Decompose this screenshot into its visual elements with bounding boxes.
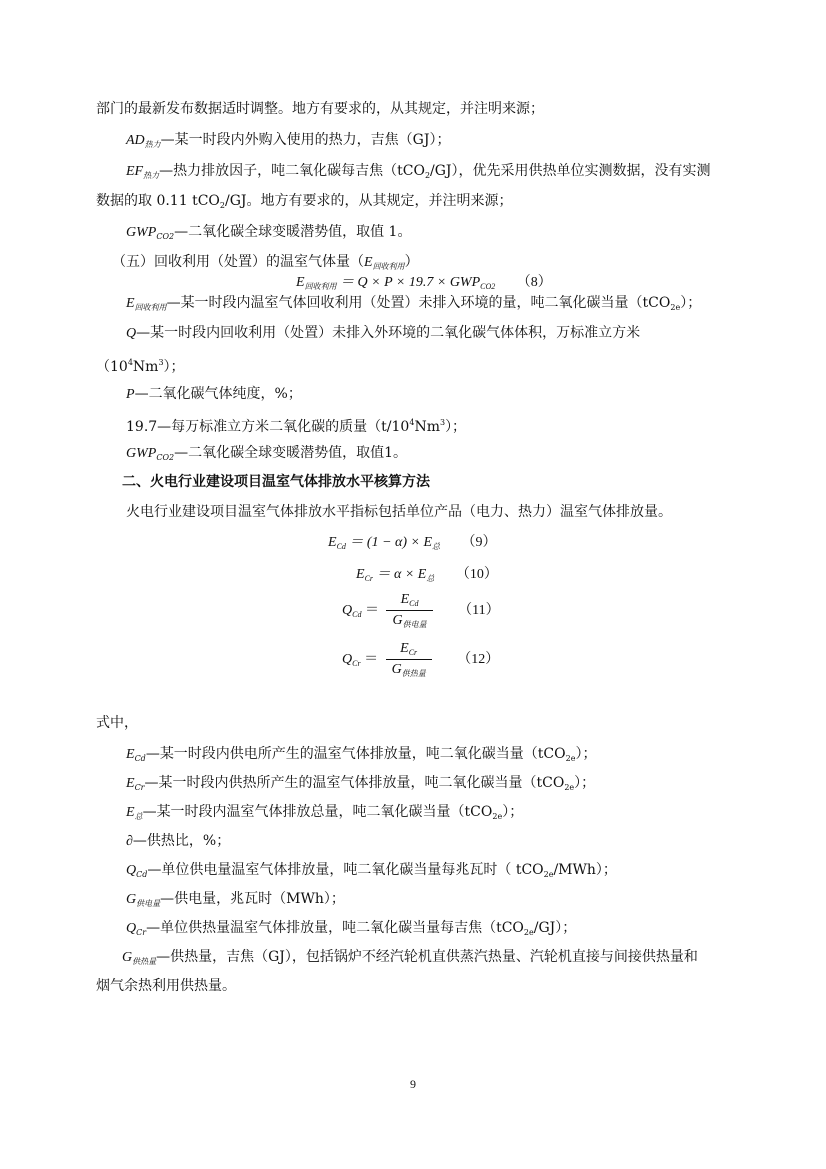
definition-ef-continued: 数据的取 0.11 tCO2/GJ。地方有要求的，从其规定，并注明来源； (96, 192, 513, 215)
definition-ef: EF热力—热力排放因子，吨二氧化碳每吉焦（tCO2/GJ），优先采用供热单位实测… (126, 162, 711, 185)
definition-mass: 19.7—每万标准立方米二氧化碳的质量（t/104Nm3）； (126, 414, 466, 436)
definition-q: Q—某一时段内回收利用（处置）未排入外环境的二氧化碳气体体积，万标准立方米 (126, 324, 640, 343)
definition-g-power: G供电量—供电量，兆瓦时（MWh）； (126, 890, 345, 913)
symbol: AD (126, 133, 145, 148)
page-number: 9 (0, 1077, 826, 1092)
definition-alpha: ∂—供热比，%； (126, 832, 230, 851)
definition-gwp: GWPCO2—二氧化碳全球变暖潜势值，取值 1。 (126, 223, 411, 246)
formula-12: QCr ＝ ECr G供热量 （12） (342, 641, 499, 679)
definition-q-continued: （104Nm3）； (96, 354, 185, 376)
definition-etotal: E总—某一时段内温室气体排放总量，吨二氧化碳当量（tCO2e）； (126, 803, 523, 826)
equation-number: （9） (462, 535, 497, 550)
equation-number: （11） (458, 603, 499, 618)
definition-e-recovery: E回收利用—某一时段内温室气体回收利用（处置）未排入环境的量，吨二氧化碳当量（t… (126, 294, 701, 317)
equation-number: （8） (517, 275, 552, 290)
definition-gwp-2: GWPCO2—二氧化碳全球变暖潜势值，取值1。 (126, 444, 407, 467)
intro-paragraph: 火电行业建设项目温室气体排放水平指标包括单位产品（电力、热力）温室气体排放量。 (126, 503, 672, 521)
formula-9: ECd ＝ (1 − α) × E总 （9） (328, 531, 497, 552)
equation-number: （12） (457, 652, 499, 667)
section-heading-2: 二、火电行业建设项目温室气体排放水平核算方法 (122, 473, 430, 491)
definition-g-heat-continued: 烟气余热利用供热量。 (96, 977, 236, 995)
equation-number: （10） (456, 567, 498, 582)
definition-p: P—二氧化碳气体纯度，%； (126, 385, 302, 404)
formula-8: E回收利用 ＝ Q × P × 19.7 × GWPCO2 （8） (296, 271, 552, 292)
definition-qcr: QCr—单位供热量温室气体排放量，吨二氧化碳当量每吉焦（tCO2e/GJ）； (126, 919, 576, 942)
fraction: ECd G供电量 (386, 592, 432, 630)
definition-ecd: ECd—某一时段内供电所产生的温室气体排放量，吨二氧化碳当量（tCO2e）； (126, 745, 596, 768)
fraction: ECr G供热量 (386, 641, 432, 679)
formula-11: QCd ＝ ECd G供电量 （11） (342, 592, 500, 630)
paragraph-continuation: 部门的最新发布数据适时调整。地方有要求的，从其规定，并注明来源； (96, 100, 544, 118)
definition-ad: AD热力—某一时段内外购入使用的热力，吉焦（GJ）； (126, 131, 450, 154)
definition-g-heat: G供热量—供热量，吉焦（GJ），包括锅炉不经汽轮机直供蒸汽热量、汽轮机直接与间接… (122, 948, 698, 971)
definition-ecr: ECr—某一时段内供热所产生的温室气体排放量，吨二氧化碳当量（tCO2e）； (126, 774, 595, 797)
formula-10: ECr ＝ α × E总 （10） (356, 563, 498, 584)
definition-qcd: QCd—单位供电量温室气体排放量，吨二氧化碳当量每兆瓦时（ tCO2e/MWh）… (126, 861, 617, 884)
where-label: 式中， (96, 714, 138, 732)
